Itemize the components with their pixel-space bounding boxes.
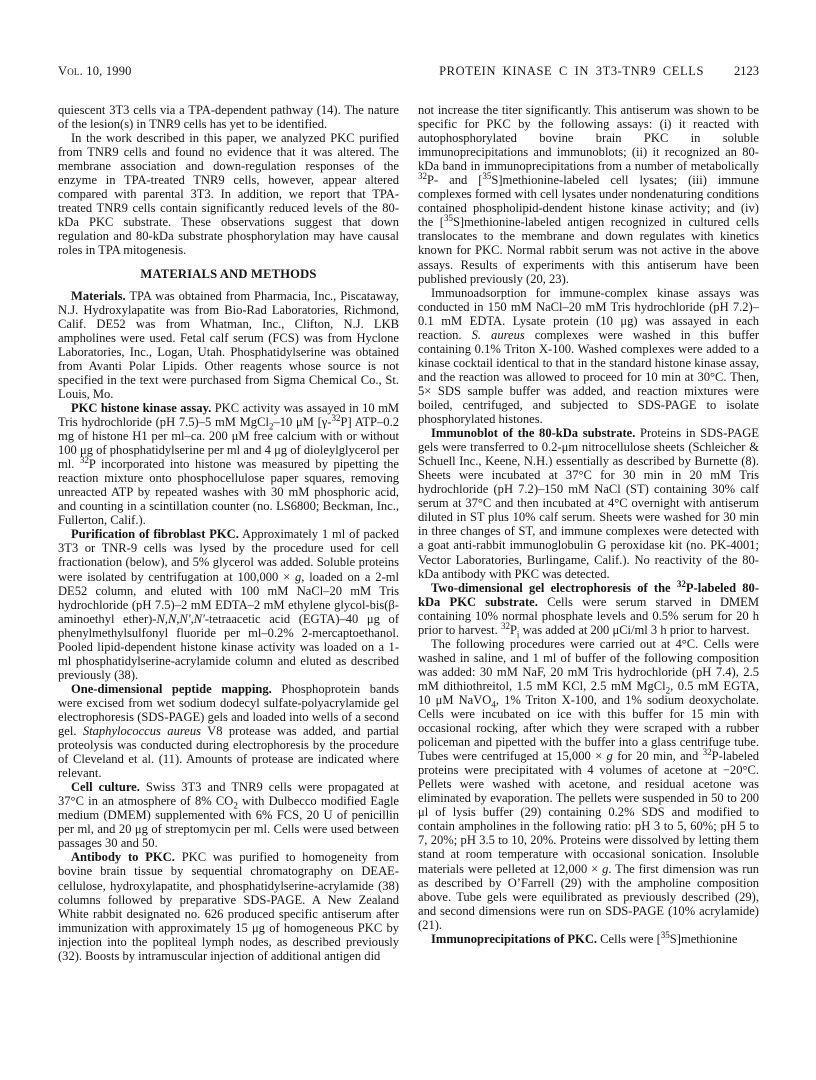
journal-page: Vol. 10, 1990 PROTEIN KINASE C IN 3T3-TN… (0, 0, 816, 1080)
text-segment: 32 (80, 455, 89, 465)
section-heading: MATERIALS AND METHODS (58, 267, 399, 281)
text-segment: 35 (444, 213, 453, 223)
page-header: Vol. 10, 1990 PROTEIN KINASE C IN 3T3-TN… (58, 64, 759, 79)
text-segment: In the work described in this paper, we … (58, 131, 399, 257)
text-segment: for 20 min, and (613, 749, 703, 763)
text-segment: Staphylococcus aureus (83, 724, 201, 738)
text-segment: Cells were [ (597, 932, 661, 946)
journal-volume: Vol. 10, 1990 (58, 64, 132, 79)
text-segment: 32 (501, 621, 510, 631)
text-segment: Immunoprecipitations of PKC. (431, 932, 597, 946)
text-segment: Two-dimensional gel electrophoresis of t… (431, 581, 677, 595)
text-segment: not increase the titer significantly. Th… (418, 103, 759, 173)
text-segment: 32 (677, 578, 686, 588)
text-segment: Cell culture. (71, 780, 140, 794)
text-segment: N,N,N′,N′ (157, 612, 205, 626)
text-segment: 32 (332, 413, 341, 423)
text-segment: Materials. (71, 289, 126, 303)
paragraph: Immunoblot of the 80-kDa substrate. Prot… (418, 426, 759, 581)
text-segment: Immunoblot of the 80-kDa substrate. (431, 426, 635, 440)
paragraph: One-dimensional peptide mapping. Phospho… (58, 682, 399, 780)
text-segment: S. aureus (472, 328, 525, 342)
header-right: PROTEIN KINASE C IN 3T3-TNR9 CELLS2123 (439, 64, 759, 79)
text-segment: 32 (703, 747, 712, 757)
paragraph: In the work described in this paper, we … (58, 131, 399, 257)
two-column-body: quiescent 3T3 cells via a TPA-dependent … (58, 103, 759, 963)
paragraph: Antibody to PKC. PKC was purified to hom… (58, 850, 399, 962)
paragraph: The following procedures were carried ou… (418, 637, 759, 932)
column-right: not increase the titer significantly. Th… (418, 103, 759, 963)
text-segment: One-dimensional peptide mapping. (71, 682, 272, 696)
paragraph: Two-dimensional gel electrophoresis of t… (418, 581, 759, 637)
text-segment: quiescent 3T3 cells via a TPA-dependent … (58, 103, 399, 131)
text-segment: Antibody to PKC. (71, 850, 175, 864)
running-title: PROTEIN KINASE C IN 3T3-TNR9 CELLS (439, 64, 704, 78)
paragraph: Immunoadsorption for immune-complex kina… (418, 286, 759, 426)
paragraph: quiescent 3T3 cells via a TPA-dependent … (58, 103, 399, 131)
paragraph: Cell culture. Swiss 3T3 and TNR9 cells w… (58, 780, 399, 850)
text-segment: PKC histone kinase assay. (71, 401, 211, 415)
text-segment: –10 μM [γ- (273, 415, 331, 429)
text-segment: Proteins in SDS-PAGE gels were transferr… (418, 426, 759, 580)
column-left: quiescent 3T3 cells via a TPA-dependent … (58, 103, 399, 963)
text-segment: P incorporated into histone was measured… (58, 457, 399, 527)
text-segment: P-labeled proteins were precipitated wit… (418, 749, 759, 875)
text-segment: complexes were washed in this buffer con… (418, 328, 759, 426)
text-segment: S]methionine-labeled antigen recognized … (418, 215, 759, 285)
text-segment: MATERIALS AND METHODS (140, 267, 316, 281)
paragraph: Purification of fibroblast PKC. Approxim… (58, 527, 399, 682)
text-segment: P- and [ (427, 173, 482, 187)
text-segment: PKC was purified to homogeneity from bov… (58, 850, 399, 962)
text-segment: S]methionine (670, 932, 738, 946)
text-segment: was added at 200 μCi/ml 3 h prior to har… (519, 623, 749, 637)
paragraph: Immunoprecipitations of PKC. Cells were … (418, 932, 759, 946)
page-content: Vol. 10, 1990 PROTEIN KINASE C IN 3T3-TN… (58, 64, 759, 963)
text-segment: 35 (661, 930, 670, 940)
text-segment: Purification of fibroblast PKC. (71, 527, 239, 541)
paragraph: PKC histone kinase assay. PKC activity w… (58, 401, 399, 527)
paragraph: not increase the titer significantly. Th… (418, 103, 759, 286)
text-segment: 32 (418, 171, 427, 181)
text-segment: TPA was obtained from Pharmacia, Inc., P… (58, 289, 399, 401)
page-number: 2123 (734, 64, 759, 78)
text-segment: P (510, 623, 517, 637)
paragraph: Materials. TPA was obtained from Pharmac… (58, 289, 399, 401)
